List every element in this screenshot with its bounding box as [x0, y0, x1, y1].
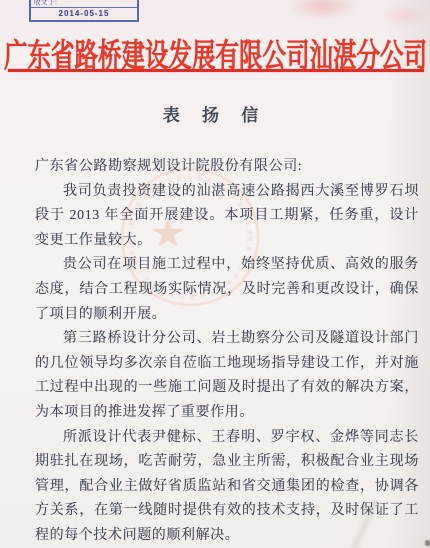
scanned-letter-page: 收文于: 0900 2014-05-15 广东省路桥建设发展有限公司汕湛分公司 …: [0, 0, 430, 548]
receipt-stamp-date: 2014-05-15: [31, 7, 137, 20]
letterhead-rule: [8, 69, 424, 72]
document-title: 表 扬 信: [0, 101, 430, 126]
edge-mark: [425, 540, 430, 546]
letter-line: 第三路桥设计分公司、岩土勘察分公司及隧道设计部门: [35, 327, 419, 352]
receipt-stamp-row-number: 收文于: 0900: [31, 0, 137, 7]
letter-body: 广东省公路勘察规划设计院股份有限公司: 我司负责投资建设的汕湛高速公路揭西大溪至…: [35, 155, 419, 548]
letter-line: 工过程中出现的一些施工问题及时提出了有效的解决方案，: [35, 376, 419, 401]
letter-salutation: 广东省公路勘察规划设计院股份有限公司:: [35, 155, 419, 180]
receipt-stamp: 收文于: 0900 2014-05-15: [29, 0, 139, 22]
letter-line: 所派设计代表尹健标、王春明、罗宇权、金烨等同志长: [35, 426, 419, 451]
letter-line: 为本项目的推进发挥了重要作用。: [35, 401, 419, 426]
letter-line: 了项目的顺利开展。: [35, 303, 419, 328]
letter-line: 态度，结合工程现场实际情况，及时完善和更改设计，确保: [35, 278, 419, 303]
letter-line: 的几位领导均多次亲自莅临工地现场指导建设工作，并对施: [35, 352, 419, 377]
letter-line: 贵公司在项目施工过程中，始终坚持优质、高效的服务: [35, 253, 419, 278]
ink-smudge: [288, 0, 358, 20]
paper-crease: [300, 500, 430, 548]
letter-line: 管理，配合业主做好省质监站和省交通集团的检查，协调各: [35, 475, 419, 500]
letter-line: 段于 2013 年全面开展建设。本项目工期紧，任务重，设计: [35, 204, 419, 229]
letter-line: 变更工作量较大。: [35, 229, 419, 254]
ink-smudge: [380, 6, 426, 26]
letter-line: 期驻扎在现场，吃苦耐劳，急业主所需，积极配合业主现场: [35, 450, 419, 475]
letter-line: 我司负责投资建设的汕湛高速公路揭西大溪至博罗石坝: [35, 180, 419, 205]
receipt-stamp-label: 收文于:: [34, 0, 57, 7]
receipt-stamp-number: 0900: [73, 0, 127, 3]
